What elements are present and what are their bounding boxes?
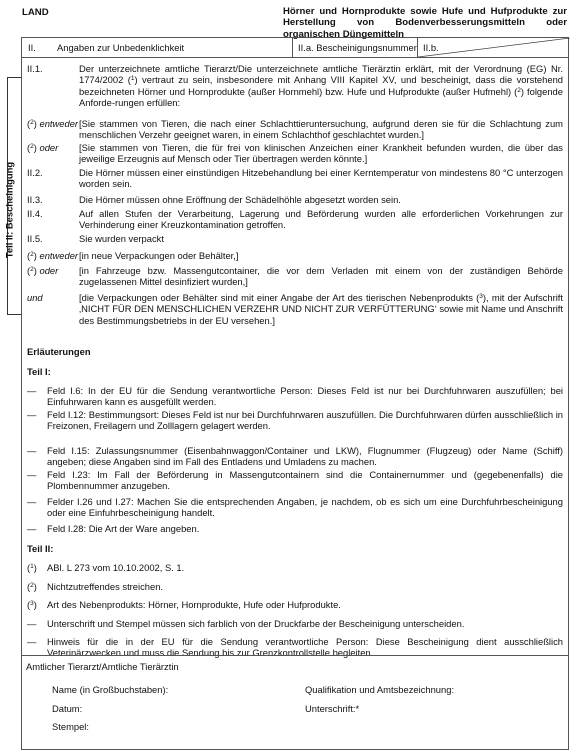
qualification-field-label[interactable]: Qualifikation und Amtsbezeichnung: [305, 684, 454, 695]
stamp-field-label[interactable]: Stempel: [52, 721, 89, 732]
clause-text: Der unterzeichnete amtliche Tierarzt/Die… [79, 63, 563, 109]
note-text: Feld I.28: Die Art der Ware angeben. [47, 523, 563, 534]
part1-heading: Teil I: [27, 366, 51, 377]
clause-label: II.1. [27, 63, 43, 74]
clause-text: [die Verpackungen oder Behälter sind mit… [79, 292, 563, 326]
clause-text: Sie wurden verpackt [79, 233, 563, 244]
clause-text: Die Hörner müssen ohne Eröffnung der Sch… [79, 194, 563, 205]
explanation-note: (1)ABl. L 273 vom 10.10.2002, S. 1. [27, 562, 563, 573]
clause-label: II.3. [27, 194, 43, 205]
clause-label: (2) entweder [27, 118, 78, 129]
clause-item: II.2.Die Hörner müssen einer einstündige… [27, 167, 563, 190]
clause-item: (2) oder[in Fahrzeuge bzw. Massengutcont… [27, 265, 563, 288]
note-marker: — [27, 385, 36, 396]
note-marker: (2) [27, 581, 37, 592]
clause-label: II.2. [27, 167, 43, 178]
name-field-label[interactable]: Name (in Großbuchstaben): [52, 684, 168, 695]
note-text: Feld I.23: Im Fall der Beförderung in Ma… [47, 469, 563, 492]
clause-item: (2) entweder[in neue Verpackungen oder B… [27, 250, 563, 261]
note-text: Feld I.12: Bestimmungsort: Dieses Feld i… [47, 409, 563, 432]
note-marker: (3) [27, 599, 37, 610]
clause-item: (2) oder[Sie stammen von Tieren, die für… [27, 142, 563, 165]
note-marker: — [27, 445, 36, 456]
explanation-note: —Feld I.28: Die Art der Ware angeben. [27, 523, 563, 534]
explanation-note: —Feld I.23: Im Fall der Beförderung in M… [27, 469, 563, 492]
country-label: LAND [22, 7, 49, 18]
note-text: Art des Nebenprodukts: Hörner, Hornprodu… [47, 599, 563, 610]
part-side-label: Teil II: Bescheinigung [2, 150, 16, 270]
certificate-number-field[interactable]: II.a. Bescheinigungsnummer [292, 38, 417, 57]
note-marker: — [27, 496, 36, 507]
document-title: Hörner und Hornprodukte sowie Hufe und H… [283, 6, 567, 40]
explanation-note: —Feld I.6: In der EU für die Sendung ver… [27, 385, 563, 408]
clause-text: [Sie stammen von Tieren, die nach einer … [79, 118, 563, 141]
reference-field[interactable]: II.b. [417, 38, 569, 57]
certificate-number-label: II.a. Bescheinigungsnummer [298, 42, 417, 53]
note-marker: — [27, 469, 36, 480]
clause-item: II.3.Die Hörner müssen ohne Eröffnung de… [27, 194, 563, 205]
strikethrough-diagonal-icon [418, 38, 570, 57]
clause-text: Auf allen Stufen der Verarbeitung, Lager… [79, 208, 563, 231]
section-title: Angaben zur Unbedenklichkeit [57, 38, 184, 57]
clause-text: [Sie stammen von Tieren, die für frei vo… [79, 142, 563, 165]
section-header-row: II. Angaben zur Unbedenklichkeit II.a. B… [21, 37, 569, 58]
bracket-top-line [7, 77, 21, 78]
note-text: Nichtzutreffendes streichen. [47, 581, 563, 592]
section-title-cell: II. Angaben zur Unbedenklichkeit [28, 38, 36, 57]
part2-heading: Teil II: [27, 543, 53, 554]
clause-item: II.4.Auf allen Stufen der Verarbeitung, … [27, 208, 563, 231]
explanation-note: —Feld I.15: Zulassungsnummer (Eisenbahnw… [27, 445, 563, 468]
date-field-label[interactable]: Datum: [52, 703, 82, 714]
reference-label: II.b. [423, 42, 439, 53]
note-text: Feld I.15: Zulassungsnummer (Eisenbahnwa… [47, 445, 563, 468]
note-marker: — [27, 409, 36, 420]
bracket-bottom-line [7, 314, 21, 315]
clause-label: II.4. [27, 208, 43, 219]
clause-label: und [27, 292, 43, 303]
note-marker: — [27, 523, 36, 534]
note-text: Unterschrift und Stempel müssen sich far… [47, 618, 563, 629]
note-text: ABl. L 273 vom 10.10.2002, S. 1. [47, 562, 563, 573]
explanation-note: (2)Nichtzutreffendes streichen. [27, 581, 563, 592]
clause-label: (2) oder [27, 142, 58, 153]
clause-text: Die Hörner müssen einer einstündigen Hit… [79, 167, 563, 190]
explanation-note: (3)Art des Nebenprodukts: Hörner, Hornpr… [27, 599, 563, 610]
signature-title: Amtlicher Tierarzt/Amtliche Tierärztin [26, 661, 179, 672]
explanations-heading: Erläuterungen [27, 346, 91, 357]
explanation-note: —Unterschrift und Stempel müssen sich fa… [27, 618, 563, 629]
explanation-note: —Felder I.26 und I.27: Machen Sie die en… [27, 496, 563, 519]
clause-item: und[die Verpackungen oder Behälter sind … [27, 292, 563, 326]
clause-item: (2) entweder[Sie stammen von Tieren, die… [27, 118, 563, 141]
clause-text: [in neue Verpackungen oder Behälter,] [79, 250, 563, 261]
clause-label: (2) entweder [27, 250, 78, 261]
note-marker: — [27, 618, 36, 629]
section-number: II. [28, 42, 36, 53]
clause-label: (2) oder [27, 265, 58, 276]
clause-text: [in Fahrzeuge bzw. Massengutcontainer, d… [79, 265, 563, 288]
clause-item: II.1.Der unterzeichnete amtliche Tierarz… [27, 63, 563, 109]
clause-item: II.5.Sie wurden verpackt [27, 233, 563, 244]
note-marker: — [27, 636, 36, 647]
signature-field-label[interactable]: Unterschrift:* [305, 703, 359, 714]
note-marker: (1) [27, 562, 37, 573]
note-text: Felder I.26 und I.27: Machen Sie die ent… [47, 496, 563, 519]
clause-label: II.5. [27, 233, 43, 244]
note-text: Feld I.6: In der EU für die Sendung vera… [47, 385, 563, 408]
explanation-note: —Feld I.12: Bestimmungsort: Dieses Feld … [27, 409, 563, 432]
